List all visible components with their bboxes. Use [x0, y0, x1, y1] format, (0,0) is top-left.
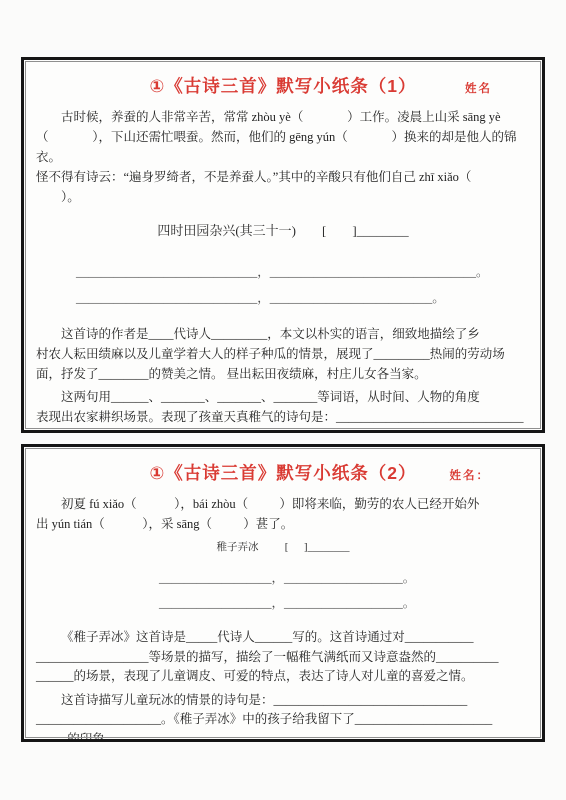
worksheet-sheet-2: ①《古诗三首》默写小纸条（2） 姓名： 初夏 fú xiǎo（ ），bái zh… [21, 444, 545, 742]
worksheet-sheet-1: ①《古诗三首》默写小纸条（1） 姓名 古时候，养蚕的人非常辛苦，常常 zhòu … [21, 57, 545, 433]
sheet1-poem-title-line: 四时田园杂兴(其三十一) [ ]________ [24, 220, 542, 239]
sheet2-title-row: ①《古诗三首》默写小纸条（2） 姓名： [24, 460, 542, 485]
sheet2-poem-title-line: 稚子弄冰 [ ]________ [24, 539, 542, 554]
sheet1-question-paragraph: 这两句用______、_______、_______、_______等词语，从时… [24, 387, 542, 433]
sheet1-poem-answer-line-1: _____________________________，__________… [76, 259, 542, 285]
sheet2-intro-paragraph: 初夏 fú xiǎo（ ），bái zhòu（ ）即将来临，勤劳的农人已经开始外… [24, 494, 542, 534]
sheet1-poem-answer-line-2: _____________________________，__________… [76, 285, 542, 311]
sheet1-intro-paragraph: 古时候，养蚕的人非常辛苦，常常 zhòu yè（ ）工作。凌晨上山采 sāng … [24, 107, 542, 207]
sheet2-title: ①《古诗三首》默写小纸条（2） [149, 463, 416, 483]
sheet2-name-label: 姓名： [450, 467, 491, 483]
sheet2-poem-answer-lines: __________________，___________________。 … [159, 566, 542, 616]
sheet1-name-label: 姓名 [465, 80, 492, 96]
sheet1-analysis-paragraph: 这首诗的作者是____代诗人_________，本文以朴实的语言，细致地描绘了乡… [24, 324, 542, 384]
sheet1-poem-answer-lines: _____________________________，__________… [76, 259, 542, 311]
sheet2-poem-answer-line-1: __________________，___________________。 [159, 566, 542, 591]
sheet2-question-paragraph: 这首诗描写儿童玩冰的情景的诗句是：_______________________… [24, 691, 542, 743]
sheet2-analysis-paragraph: 《稚子弄冰》这首诗是_____代诗人______写的。这首诗通过对_______… [24, 628, 542, 687]
sheet1-title-row: ①《古诗三首》默写小纸条（1） 姓名 [24, 73, 542, 98]
sheet1-title: ①《古诗三首》默写小纸条（1） [149, 76, 416, 96]
sheet2-poem-answer-line-2: __________________，___________________。 [159, 591, 542, 616]
worksheet-page: ①《古诗三首》默写小纸条（1） 姓名 古时候，养蚕的人非常辛苦，常常 zhòu … [0, 0, 566, 742]
